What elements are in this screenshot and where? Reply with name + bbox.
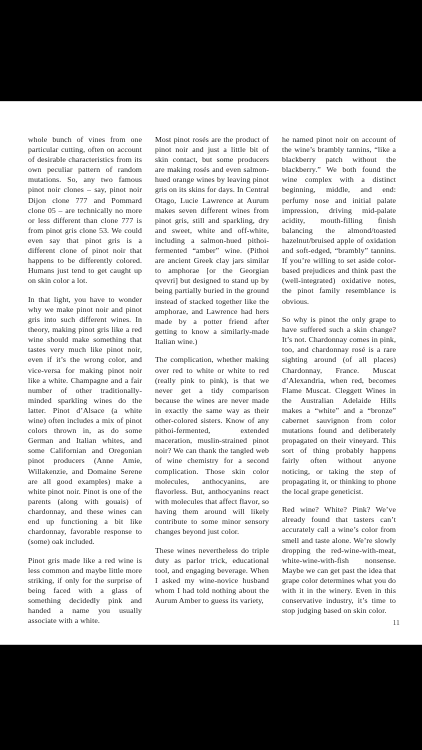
text-column-2: Most pinot rosés are the product of pino… — [155, 135, 269, 626]
paragraph: Red wine? White? Pink? We’ve already fou… — [282, 505, 396, 616]
paragraph: Most pinot rosés are the product of pino… — [155, 135, 269, 347]
book-page: whole bunch of vines from one particular… — [0, 101, 422, 645]
paragraph: In that light, you have to wonder why we… — [28, 295, 142, 547]
letterbox-bottom — [0, 645, 422, 750]
paragraph: So why is pinot the only grape to have s… — [282, 315, 396, 497]
page-number: 11 — [393, 620, 400, 627]
text-block: whole bunch of vines from one particular… — [28, 135, 396, 626]
paragraph: Pinot gris made like a red wine is less … — [28, 556, 142, 627]
text-column-1: whole bunch of vines from one particular… — [28, 135, 142, 626]
paragraph: These wines nevertheless do triple duty … — [155, 546, 269, 607]
paragraph: he named pinot noir on account of the wi… — [282, 135, 396, 307]
paragraph: whole bunch of vines from one particular… — [28, 135, 142, 286]
text-column-3: he named pinot noir on account of the wi… — [282, 135, 396, 626]
letterbox-top — [0, 0, 422, 101]
paragraph: The complication, whether making over re… — [155, 355, 269, 537]
reader-viewport: whole bunch of vines from one particular… — [0, 0, 422, 750]
